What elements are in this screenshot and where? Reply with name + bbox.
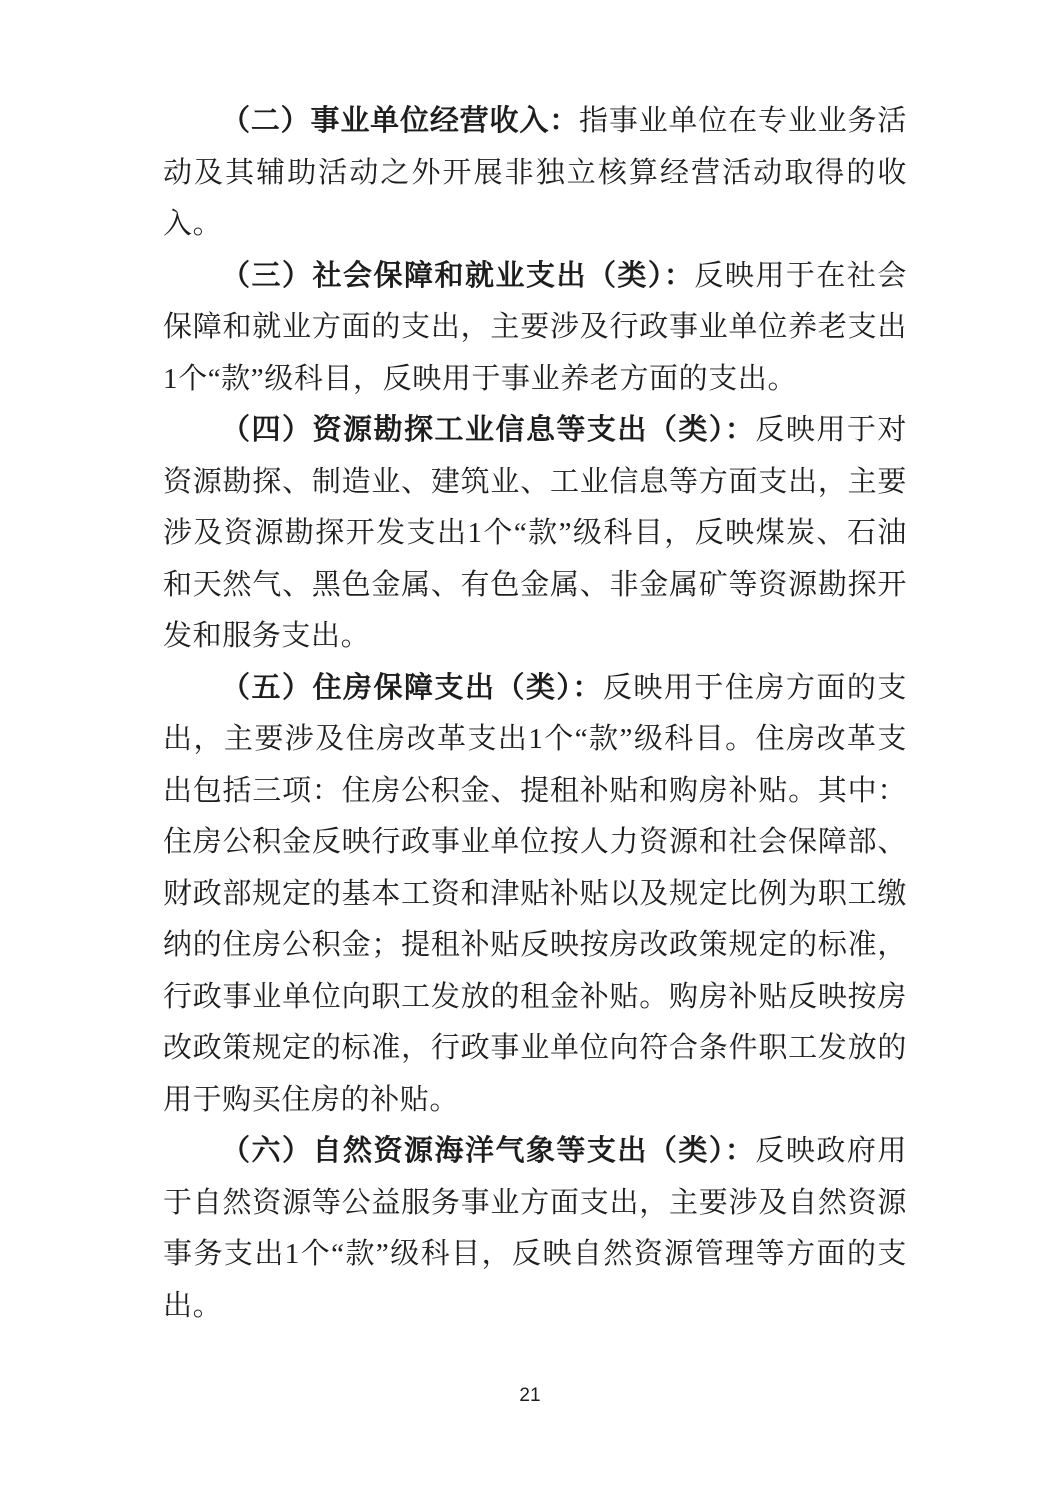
page-number: 21 (0, 1384, 1060, 1408)
paragraph-lead: （五）住房保障支出（类）： (221, 672, 603, 704)
paragraph: （四）资源勘探工业信息等支出（类）：反映用于对资源勘探、制造业、建筑业、工业信息… (163, 405, 907, 663)
document-page: （二）事业单位经营收入：指事业单位在专业业务活动及其辅助活动之外开展非独立核算经… (0, 0, 1060, 1500)
paragraph: （三）社会保障和就业支出（类）：反映用于在社会保障和就业方面的支出，主要涉及行政… (163, 251, 907, 406)
paragraph: （二）事业单位经营收入：指事业单位在专业业务活动及其辅助活动之外开展非独立核算经… (163, 96, 907, 251)
paragraph: （五）住房保障支出（类）：反映用于住房方面的支出，主要涉及住房改革支出1个“款”… (163, 663, 907, 1127)
paragraph-lead: （六）自然资源海洋气象等支出（类）： (221, 1135, 755, 1167)
paragraph-text: 反映用于对资源勘探、制造业、建筑业、工业信息等方面支出，主要涉及资源勘探开发支出… (163, 414, 907, 652)
paragraph-lead: （二）事业单位经营收入： (221, 105, 579, 137)
paragraph-text: 反映用于住房方面的支出，主要涉及住房改革支出1个“款”级科目。住房改革支出包括三… (163, 672, 907, 1116)
paragraph-lead: （三）社会保障和就业支出（类）： (221, 260, 694, 292)
document-body: （二）事业单位经营收入：指事业单位在专业业务活动及其辅助活动之外开展非独立核算经… (163, 96, 907, 1332)
paragraph-lead: （四）资源勘探工业信息等支出（类）： (221, 414, 755, 446)
paragraph: （六）自然资源海洋气象等支出（类）：反映政府用于自然资源等公益服务事业方面支出，… (163, 1126, 907, 1332)
